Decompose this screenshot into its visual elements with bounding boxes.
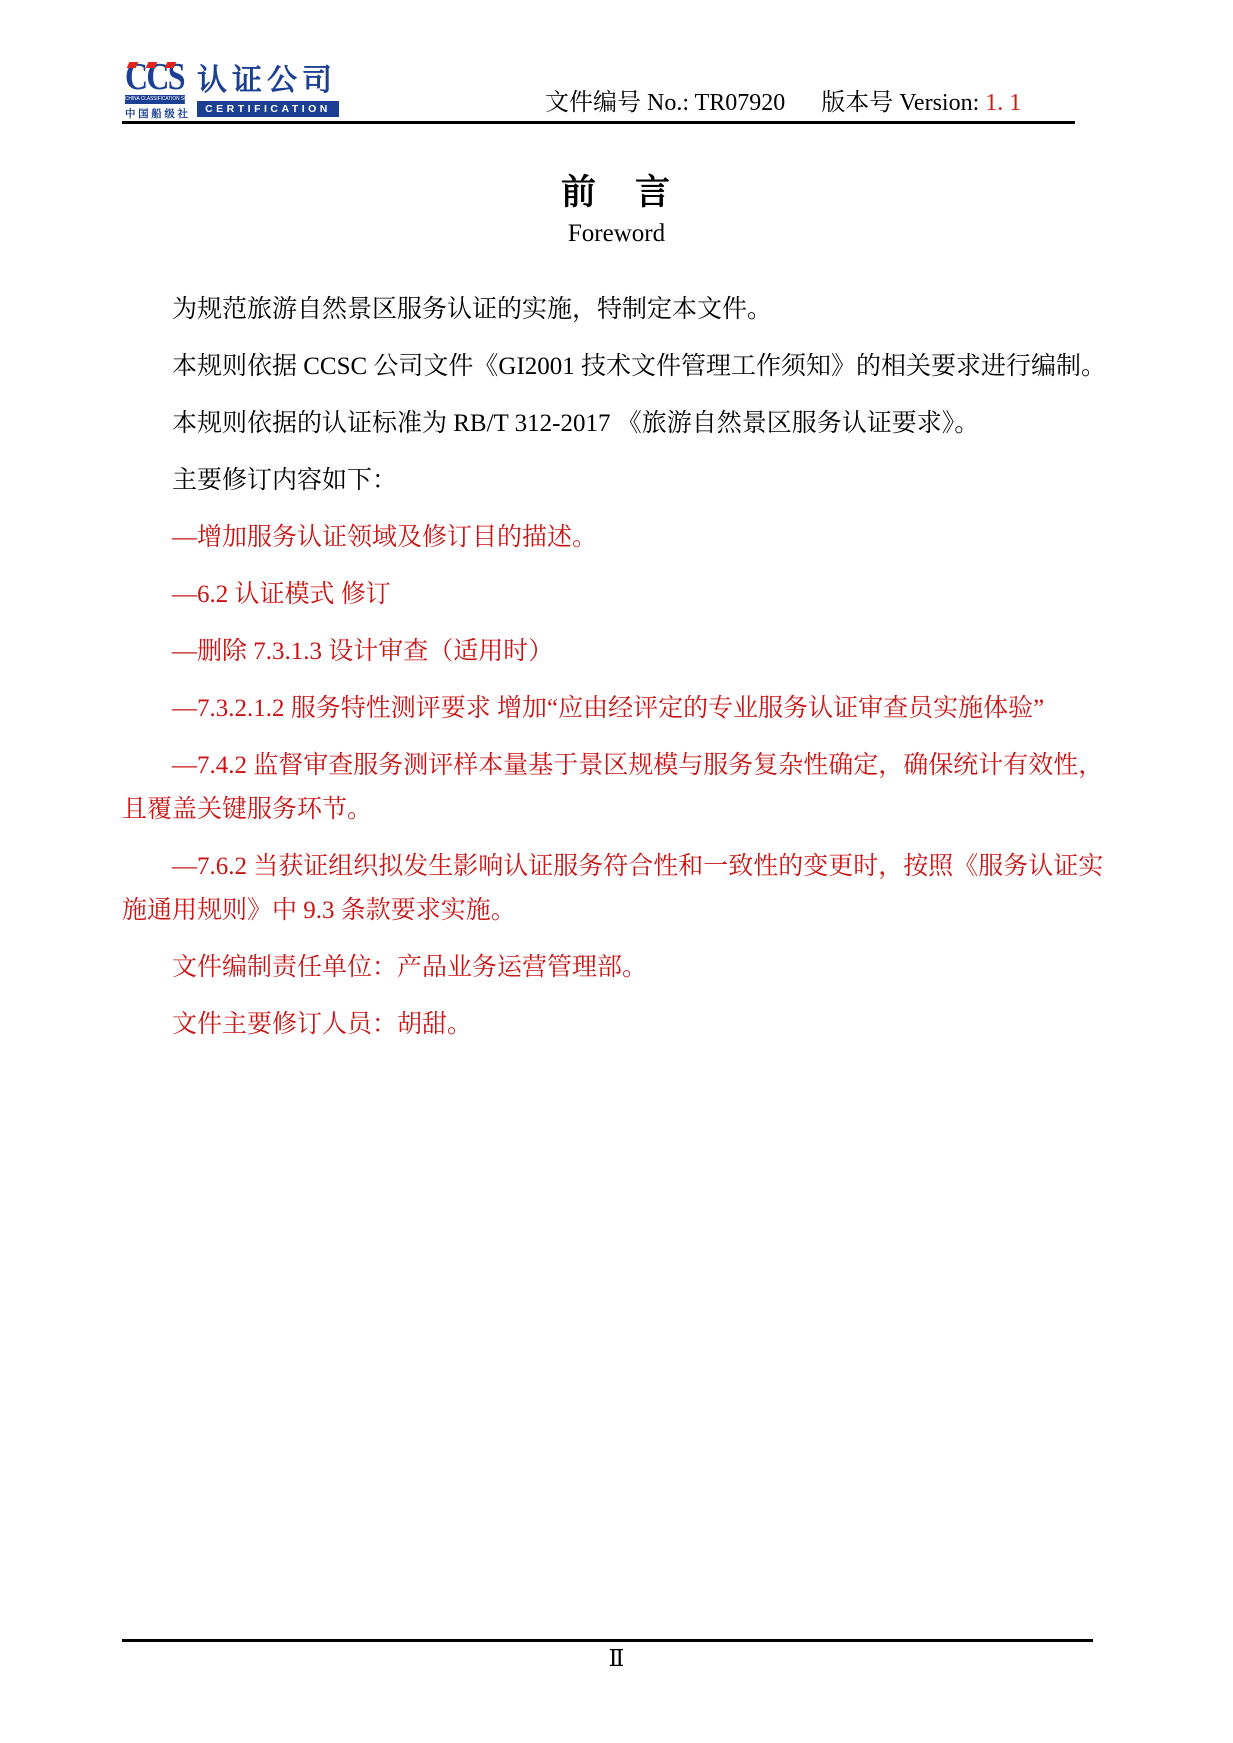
certification-banner: CERTIFICATION: [197, 101, 339, 117]
foreword-paragraph: 文件编制责任单位：产品业务运营管理部。: [122, 946, 1107, 990]
company-name-cn: 认证公司: [197, 64, 337, 98]
foreword-paragraph: —增加服务认证领域及修订目的描述。: [122, 516, 1107, 560]
foreword-paragraph: 本规则依据 CCSC 公司文件《GI2001 技术文件管理工作须知》的相关要求进…: [122, 345, 1107, 389]
page-number: Ⅱ: [0, 1646, 1233, 1672]
footer-divider: [122, 1639, 1093, 1642]
page-title: 前 言: [0, 165, 1233, 215]
version-label: 版本号 Version:: [821, 90, 985, 116]
society-name-cn: 中 国 船 级 社: [125, 106, 188, 121]
version-value: 1. 1: [985, 90, 1021, 116]
body-paragraphs: 为规范旅游自然景区服务认证的实施，特制定本文件。本规则依据 CCSC 公司文件《…: [122, 288, 1107, 1060]
society-name-en: CHINA CLASSIFICATION SOCIETY: [125, 95, 185, 104]
doc-number-value: TR07920: [695, 90, 786, 116]
foreword-paragraph: 文件主要修订人员：胡甜。: [122, 1003, 1107, 1047]
doc-number-label: 文件编号 No.:: [545, 90, 695, 116]
header-divider: [122, 121, 1075, 124]
foreword-paragraph: 本规则依据的认证标准为 RB/T 312-2017 《旅游自然景区服务认证要求》…: [122, 402, 1107, 446]
foreword-paragraph: 主要修订内容如下：: [122, 459, 1107, 503]
page-subtitle: Foreword: [0, 220, 1233, 248]
foreword-paragraph: —7.4.2 监督审查服务测评样本量基于景区规模与服务复杂性确定，确保统计有效性…: [122, 744, 1107, 832]
foreword-paragraph: —7.6.2 当获证组织拟发生影响认证服务符合性和一致性的变更时，按照《服务认证…: [122, 845, 1107, 933]
header-meta: 文件编号 No.: TR07920版本号 Version: 1. 1: [545, 82, 1021, 117]
foreword-paragraph: —7.3.2.1.2 服务特性测评要求 增加“应由经评定的专业服务认证审查员实施…: [122, 687, 1107, 731]
ccs-logo: CCS CHINA CLASSIFICATION SOCIETY 中 国 船 级…: [125, 64, 355, 120]
foreword-paragraph: —6.2 认证模式 修订: [122, 573, 1107, 617]
foreword-paragraph: —删除 7.3.1.3 设计审查（适用时）: [122, 630, 1107, 674]
foreword-paragraph: 为规范旅游自然景区服务认证的实施，特制定本文件。: [122, 288, 1107, 332]
document-page: CCS CHINA CLASSIFICATION SOCIETY 中 国 船 级…: [0, 0, 1233, 1743]
